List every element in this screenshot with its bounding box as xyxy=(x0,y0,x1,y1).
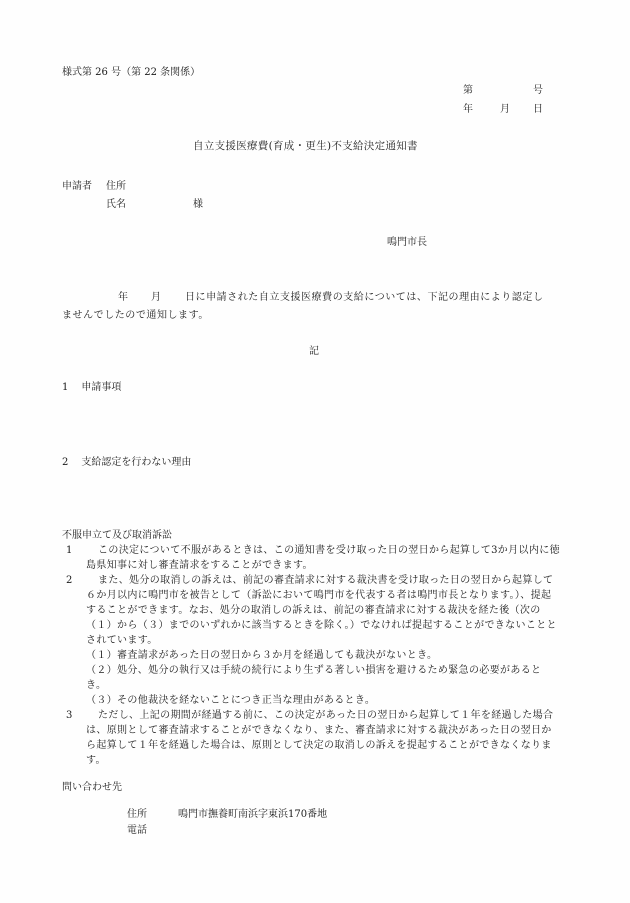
appeal-item-3-line-3: ら起算して１年を経過した場合は、原則として決定の取消しの訴えを提起することができ… xyxy=(86,739,552,753)
applicant-address-label: 住所 xyxy=(106,180,126,194)
doc-number-prefix: 第 xyxy=(463,84,473,98)
appeal-heading: 不服申立て及び取消訴訟 xyxy=(62,529,172,543)
appeal-item-1-line-1: この決定について不服があるときは、この通知書を受け取った日の翌日から起算して3か… xyxy=(98,544,560,558)
body-date-month: 月 xyxy=(151,291,161,305)
appeal-item-2-line-5: されています。 xyxy=(86,634,158,648)
contact-address-value: 鳴門市撫養町南浜字東浜170番地 xyxy=(178,808,327,822)
issuer: 鳴門市長 xyxy=(387,236,427,250)
form-number: 様式第 26 号（第 22 条関係） xyxy=(62,66,200,80)
appeal-item-1-line-2: 島県知事に対し審査請求をすることができます。 xyxy=(86,559,313,573)
doc-number-suffix: 号 xyxy=(533,84,543,98)
contact-heading: 問い合わせ先 xyxy=(62,781,122,795)
appeal-item-2-line-1: また、処分の取消しの訴えは、前記の審査請求に対する裁決書を受け取った日の翌日から… xyxy=(98,574,553,588)
body-date-year: 年 xyxy=(118,291,128,305)
body-line-1: 日に申請された自立支援医療費の支給については、下記の理由により認定し xyxy=(185,291,544,305)
honorific: 様 xyxy=(193,198,203,212)
date-year: 年 xyxy=(463,103,473,117)
contact-address-label: 住所 xyxy=(127,808,147,822)
appeal-sub-item-2-line-1: （２）処分、処分の執行又は手続の続行により生ずる著しい損害を避けるため緊急の必要… xyxy=(86,664,541,678)
body-line-2: ませんでしたので通知します。 xyxy=(62,309,209,323)
appeal-item-2-line-3: することができます。なお、処分の取消しの訴えは、前記の審査請求に対する裁決を経た… xyxy=(86,604,541,618)
applicant-label: 申請者 xyxy=(62,180,92,194)
section-1: 1申請事項 xyxy=(62,381,121,395)
appeal-item-3-line-2: は、原則として審査請求することができなくなり、また、審査請求に対する裁決があった… xyxy=(86,724,552,738)
section-1-number: 1 xyxy=(62,382,68,393)
appeal-item-3-line-1: ただし、上記の期間が経過する前に、この決定があった日の翌日から起算して１年を経過… xyxy=(98,709,553,723)
section-2-label: 支給認定を行わない理由 xyxy=(81,457,191,468)
section-1-label: 申請事項 xyxy=(81,382,121,393)
section-2-number: 2 xyxy=(62,457,68,468)
section-2: 2支給認定を行わない理由 xyxy=(62,456,191,470)
document-page: 様式第 26 号（第 22 条関係） 第 号 年 月 日 自立支援医療費(育成・… xyxy=(0,0,630,903)
appeal-sub-item-3: （３）その他裁決を経ないことにつき正当な理由があるとき。 xyxy=(86,694,375,708)
document-title: 自立支援医療費(育成・更生)不支給決定通知書 xyxy=(193,139,418,153)
appeal-item-2-line-4: （１）から（３）までのいずれかに該当するときを除く。）でなければ提起することがで… xyxy=(86,619,557,633)
appeal-item-2-line-2: ６か月以内に鳴門市を被告として（訴訟において鳴門市を代表する者は鳴門市長となりま… xyxy=(86,589,551,603)
date-month: 月 xyxy=(500,103,510,117)
appeal-sub-item-1: （１）審査請求があった日の翌日から３か月を経過しても裁決がないとき。 xyxy=(86,649,437,663)
date-day: 日 xyxy=(533,103,543,117)
applicant-name-label: 氏名 xyxy=(106,198,126,212)
appeal-sub-item-2-line-2: き。 xyxy=(86,679,106,693)
contact-phone-label: 電話 xyxy=(127,824,147,838)
appeal-item-1-number: 1 xyxy=(66,544,72,558)
appeal-item-3-line-4: す。 xyxy=(86,754,106,768)
appeal-item-2-number: 2 xyxy=(66,574,72,588)
appeal-item-3-number: 3 xyxy=(66,709,72,723)
ki-heading: 記 xyxy=(309,345,319,359)
